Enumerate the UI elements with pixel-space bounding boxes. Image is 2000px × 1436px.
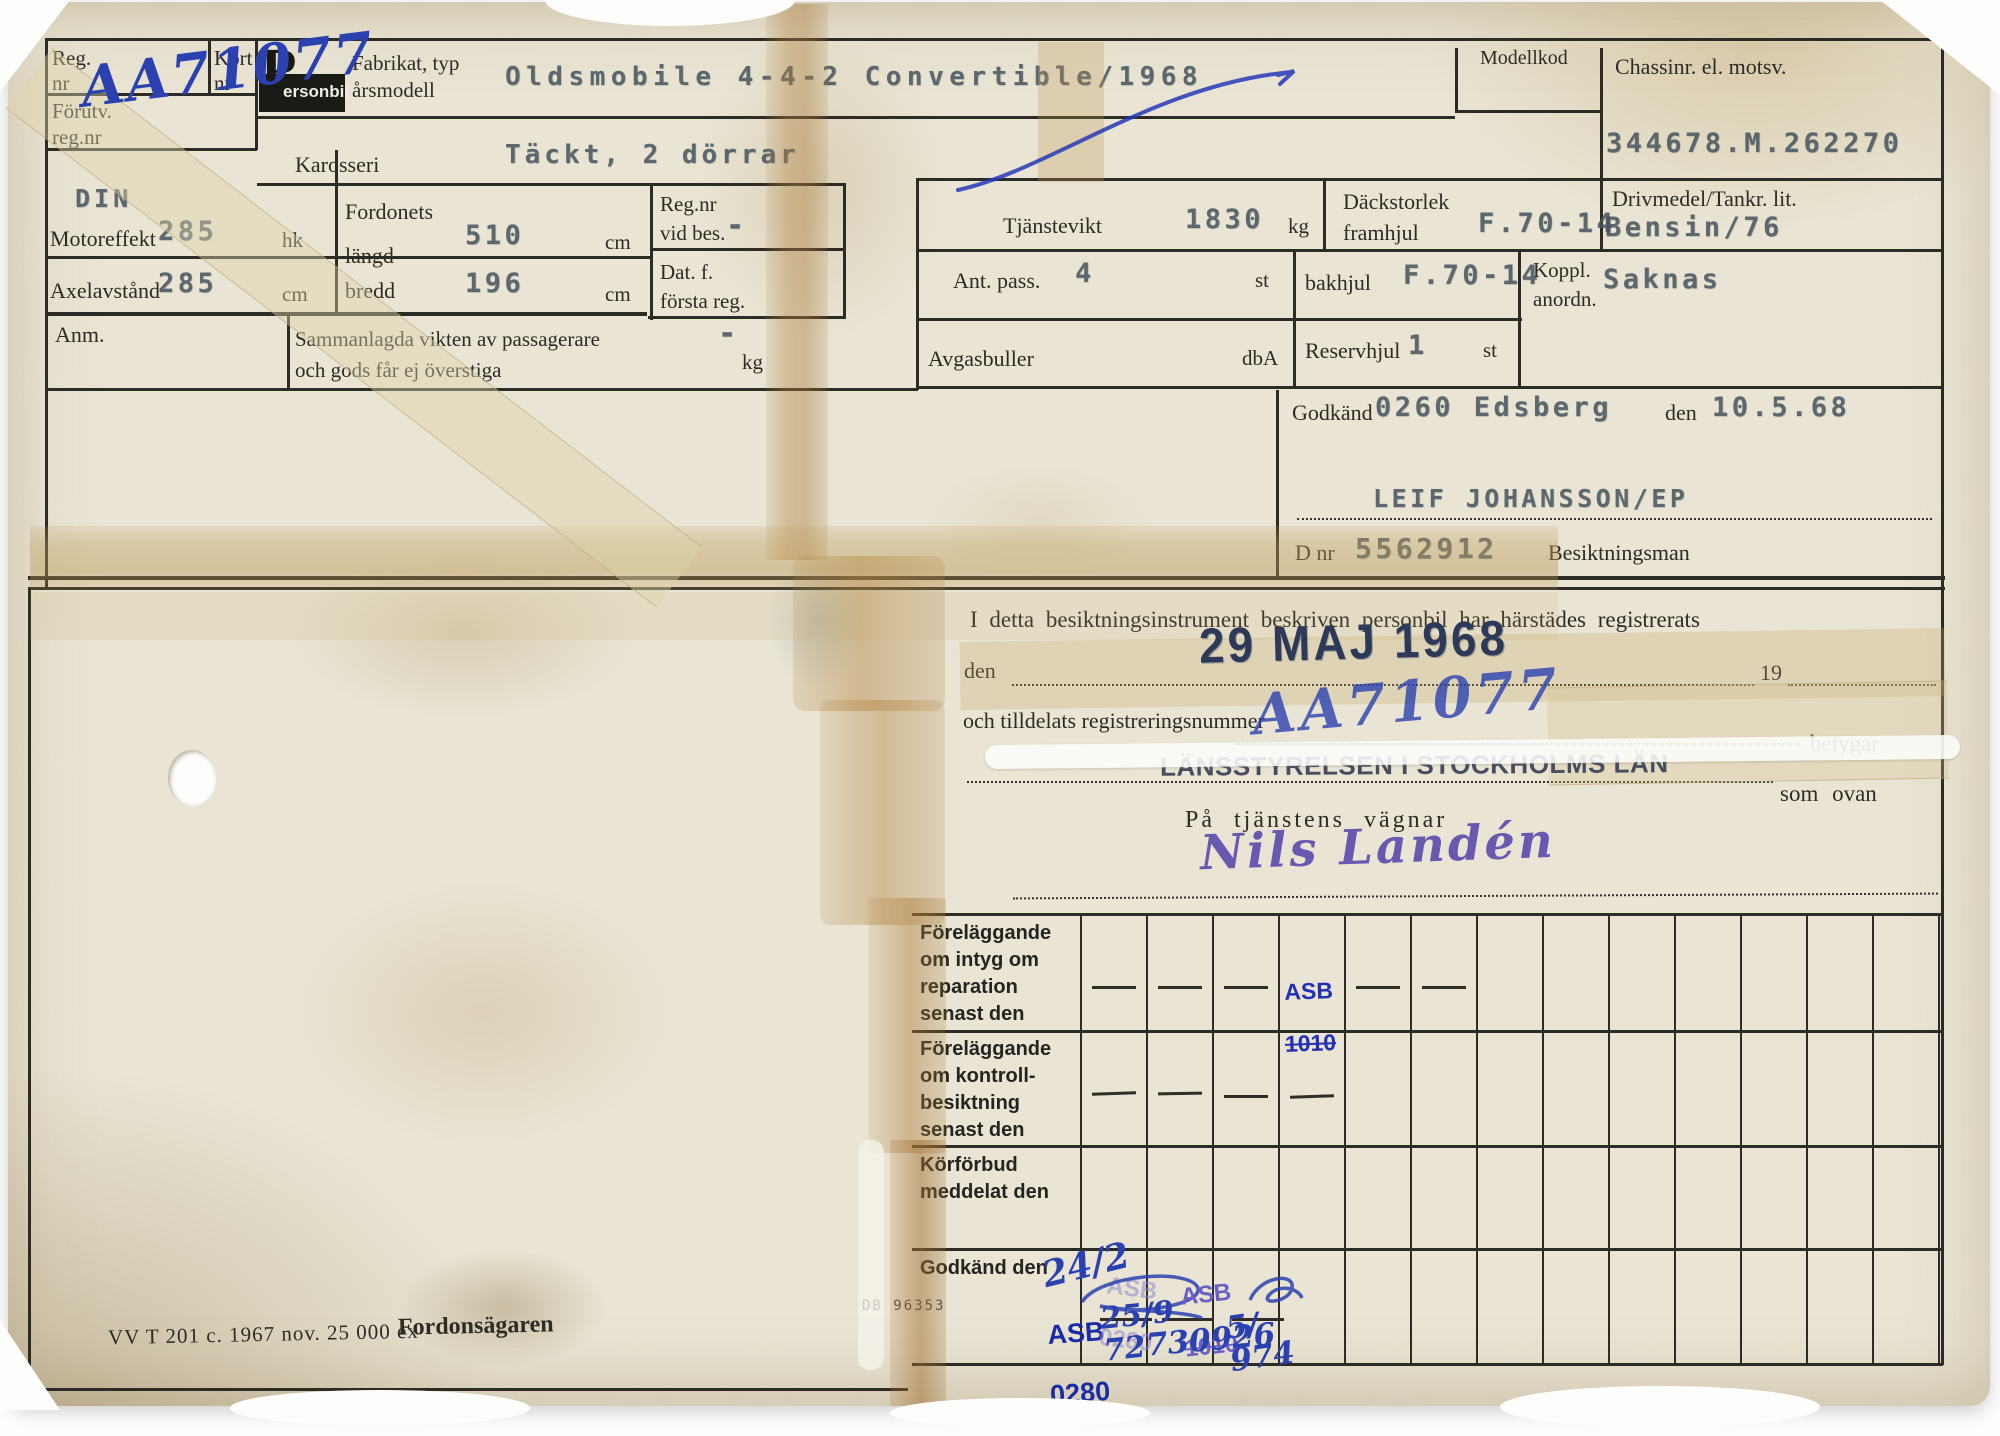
border-line [45, 312, 647, 316]
owner-label: Fordonsägaren [398, 1310, 554, 1343]
motoreffekt-value: 285 [158, 216, 217, 249]
chassinr-value: 344678.M.262270 [1606, 128, 1902, 161]
dat-forsta-reg-label: Dat. f. första reg. [660, 258, 745, 316]
grid-dash-mark [1224, 986, 1268, 989]
karosseri-value: Täckt, 2 dörrar [505, 140, 800, 172]
godkand-date-value: 10.5.68 [1712, 392, 1850, 425]
d-nr-value: 5562912 [1355, 532, 1498, 566]
ant-pass-unit: st [1255, 268, 1269, 294]
drivmedel-label: Drivmedel/Tankr. lit. [1612, 186, 1797, 213]
grid-row-korforbud-label: Körförbud meddelat den [920, 1152, 1049, 1206]
grid-dash-mark [1224, 1095, 1268, 1098]
border-line [28, 587, 1945, 590]
som-ovan-label: som ovan [1780, 780, 1877, 808]
border-line [843, 183, 846, 318]
max-vikt-unit: kg [742, 350, 763, 376]
asb-stamp-line2: 1010 [1284, 1029, 1336, 1057]
axelavstand-label: Axelavstånd [50, 278, 160, 305]
avgasbuller-label: Avgasbuller [928, 346, 1034, 373]
axelavstand-unit: cm [282, 282, 308, 308]
max-vikt-value: - [718, 316, 740, 353]
framhjul-value: F.70-14 [1478, 208, 1616, 241]
tilldelats-label: och tilldelats registreringsnummer [963, 708, 1265, 735]
bakhjul-label: bakhjul [1305, 270, 1371, 297]
godkand-label: Godkänd [1292, 400, 1373, 427]
tjanstevikt-unit: kg [1288, 214, 1309, 240]
border-line [1455, 110, 1603, 113]
ant-pass-value: 4 [1075, 258, 1095, 291]
border-line [28, 1388, 908, 1391]
border-line [918, 249, 1943, 252]
asb-stamp-line1: ASB [1178, 1279, 1234, 1310]
karosseri-label: Karosseri [295, 152, 379, 179]
bredd-unit: cm [605, 282, 631, 308]
inspector-name: LEIF JOHANSSON/EP [1373, 484, 1688, 515]
border-line [45, 388, 918, 391]
grid-row-reparation-label: Föreläggande om intyg om reparation sena… [920, 920, 1051, 1028]
bakhjul-value: F.70-14 [1403, 260, 1541, 293]
border-line [1455, 48, 1458, 112]
d-nr-label: D nr [1295, 540, 1335, 567]
registration-den-label: den [964, 658, 996, 685]
border-line [1293, 251, 1296, 388]
grid-row-godkand-label: Godkänd den [920, 1256, 1048, 1280]
grid-dash-mark [1092, 986, 1136, 989]
fordonets-langd-label: Fordonets längd [345, 190, 433, 278]
grid-dash-mark [1158, 986, 1202, 989]
asb-stamp-line1: ASB [1283, 977, 1335, 1005]
din-stamp: DIN [75, 184, 132, 215]
paper-hole [168, 750, 216, 806]
reservhjul-value: 1 [1408, 330, 1428, 363]
koppl-anordn-value: Saknas [1603, 264, 1722, 297]
border-line [650, 185, 653, 320]
langd-unit: cm [605, 230, 631, 256]
asb-1010-stamp: ASB 1010 [1282, 951, 1338, 1083]
regnr-vid-bes-label: Reg.nr vid bes. [660, 190, 725, 248]
border-line [650, 248, 846, 251]
besiktningsman-label: Besiktningsman [1548, 540, 1690, 567]
border-line [287, 312, 290, 391]
border-line [257, 183, 845, 186]
langd-value: 510 [465, 220, 524, 253]
border-line [918, 318, 1522, 321]
avgasbuller-unit: dbA [1242, 346, 1278, 372]
border-line [1276, 390, 1279, 578]
grid-dash-mark [1422, 986, 1466, 989]
regnr-vid-bes-value: - [726, 208, 748, 245]
torn-edge [230, 1390, 530, 1426]
dackstorlek-framhjul-label: Däckstorlek framhjul [1343, 186, 1449, 248]
tjanstevikt-value: 1830 [1185, 204, 1264, 237]
bredd-value: 196 [465, 268, 524, 301]
modellkod-label: Modellkod [1480, 46, 1568, 70]
border-line [916, 178, 919, 390]
axelavstand-value: 285 [158, 268, 217, 301]
motoreffekt-label: Motoreffekt [50, 226, 156, 253]
border-line [1941, 48, 1944, 1365]
koppl-anordn-label: Koppl. anordn. [1533, 256, 1597, 314]
year-prefix: 19 [1760, 660, 1782, 687]
ant-pass-label: Ant. pass. [953, 268, 1040, 295]
torn-edge [890, 1398, 1150, 1428]
signature: Nils Landén [1199, 812, 1557, 883]
chassinr-label: Chassinr. el. motsv. [1615, 54, 1787, 81]
border-line [648, 316, 846, 319]
border-line [28, 588, 31, 1390]
godkand-station-value: 0260 Edsberg [1375, 392, 1612, 425]
grid-row-kontroll-label: Föreläggande om kontroll- besiktning sen… [920, 1036, 1051, 1144]
dotted-line [1788, 684, 1936, 686]
anm-label: Anm. [55, 322, 105, 349]
dotted-line [1297, 518, 1932, 520]
border-line [28, 576, 1945, 580]
bredd-label: bredd [345, 278, 395, 305]
grid-dash-mark [1356, 986, 1400, 989]
reservhjul-unit: st [1483, 338, 1497, 364]
print-code: DB 96353 [862, 1298, 945, 1315]
inspection-entry-4: 5/ 974 [1224, 1304, 1297, 1378]
max-vikt-label: Sammanlagda vikten av passagerare och go… [295, 324, 600, 386]
godkand-den-label: den [1665, 400, 1697, 427]
reservhjul-label: Reservhjul [1305, 338, 1400, 365]
tjanstevikt-label: Tjänstevikt [1003, 213, 1102, 240]
torn-edge [1500, 1386, 1820, 1428]
pen-stroke [940, 50, 1340, 200]
border-line [918, 386, 1943, 389]
scanned-registration-document: Reg. nr AA71077 Kort nr P ersonbil Fabri… [0, 0, 2000, 1436]
drivmedel-value: Bensin/76 [1605, 212, 1783, 245]
motoreffekt-unit: hk [282, 228, 303, 254]
